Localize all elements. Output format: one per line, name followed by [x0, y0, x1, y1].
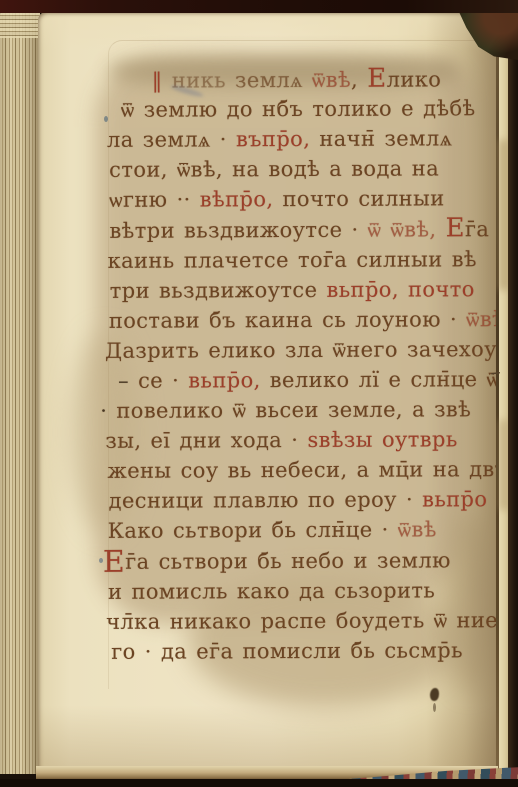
rubric-text: Е: [103, 544, 125, 579]
ink-text: Како сьтвори б̄ь слн̄це ·: [108, 518, 398, 543]
rubric-text: Е: [445, 214, 465, 244]
ink-text: стои, ѿвѣ, на водѣ а вода на: [109, 157, 439, 182]
ink-text: постави б̄ъ каина сь лоуною ·: [109, 307, 466, 333]
manuscript-line: · повелико ѿ вьсеи земле, а звѣ: [100, 394, 494, 426]
rubric-text: ѕвѣзы оутврь: [307, 427, 457, 452]
ink-text: Дазрить елико зла ѿнего зачехоу: [105, 337, 497, 363]
manuscript-line: и помисль како да сьзорить: [108, 575, 495, 607]
ink-text: начн̄ землѧ: [310, 127, 452, 152]
ink-text: г̄а: [465, 218, 489, 242]
margin-dash: –: [488, 355, 514, 388]
manuscript-line: постави б̄ъ каина сь лоуною · ѿвѣ: [109, 304, 494, 336]
rubric-text: вьпр̄о, почто: [326, 277, 474, 302]
manuscript-page: ‖ никь землѧ ѿвѣ, Еликоѿ землю до нб̄ъ т…: [38, 12, 498, 774]
manuscript-line: Дазрить елико зла ѿнего зачехоу: [105, 334, 494, 366]
ink-text: ла землѧ ·: [107, 127, 236, 152]
blue-speck: [104, 116, 108, 122]
manuscript-line: – се · вьпр̄о, велико лї е слн̄це ѿвѣ: [118, 364, 494, 396]
manuscript-line: Како сьтвори б̄ь слн̄це · ѿвѣ: [108, 515, 495, 547]
book-fore-edge-pages: [0, 12, 40, 774]
rubric-text: ѿвѣ: [398, 518, 437, 542]
manuscript-line: три вьздвижоутсе вьпр̄о, почто: [110, 274, 494, 306]
manuscript-line: ѡгню ·· вѣпр̄о, почто силныи: [109, 184, 493, 216]
manuscript-line: ‖ никь землѧ ѿвѣ, Елико: [152, 63, 493, 95]
ink-text: ѿ землю до нб̄ъ толико е дѣбѣ: [121, 96, 476, 122]
ink-text: почто силныи: [273, 187, 444, 212]
ink-text: зы, еі̄ дни хода ·: [105, 428, 307, 453]
ink-blot-tail: [433, 703, 436, 712]
manuscript-line: каинь плачетсе тог̄а силныи вѣ: [107, 244, 493, 276]
rubric-text: ‖: [152, 69, 163, 93]
ink-text: го · да ег̄а помисли б̄ь сьсмр̄ь: [111, 638, 463, 664]
manuscript-line: Ег̄а сьтвори б̄ь небо и землю: [103, 545, 495, 577]
ink-text: се ·: [129, 368, 188, 392]
ink-text: жены соу вь небеси, а мц̄и на двѣ: [107, 457, 498, 483]
ink-text: –: [118, 369, 129, 393]
rubric-text: ѿ ѿвѣ,: [368, 218, 446, 242]
ink-text: каинь плачетсе тог̄а силныи вѣ: [107, 247, 477, 273]
blue-speck: [99, 558, 103, 563]
ink-text: и помисль како да сьзорить: [108, 578, 435, 603]
binding-top-edge: [0, 0, 518, 13]
manuscript-line: го · да ег̄а помисли б̄ь сьсмр̄ь: [111, 635, 495, 667]
ink-text: ѡгню ··: [109, 188, 200, 212]
ink-text: велико лї е слн̄це: [261, 367, 487, 392]
manuscript-line: стои, ѿвѣ, на водѣ а вода на: [109, 153, 493, 185]
ink-text: землѧ: [235, 68, 312, 92]
rubric-text: вѣпр̄о,: [200, 187, 274, 211]
rubric-text: вьпр̄о: [422, 488, 487, 512]
manuscript-line: жены соу вь небеси, а мц̄и на двѣ: [107, 454, 494, 486]
ink-text: чл̄ка никако распе боудеть ѿ ние: [106, 608, 498, 634]
ink-text: ,: [351, 68, 367, 92]
ink-text: лико: [387, 67, 442, 91]
ink-text: повелико ѿ вьсеи земле, а звѣ: [116, 397, 471, 423]
ink-text: ·: [100, 399, 116, 423]
rubric-text: вьпр̄о,: [188, 368, 261, 392]
rubric-text: въпр̄о,: [236, 127, 310, 151]
page-stack-top-edges: [0, 12, 40, 38]
manuscript-line: зы, еі̄ дни хода · ѕвѣзы оутврь: [105, 424, 494, 456]
ink-text: вѣтри вьздвижоутсе ·: [109, 218, 367, 243]
ink-text: [163, 69, 172, 93]
text-block: ‖ никь землѧ ѿвѣ, Еликоѿ землю до нб̄ъ т…: [107, 63, 496, 667]
manuscript-line: десници плавлю по ероу · вьпр̄о: [109, 484, 495, 516]
manuscript-line: вѣтри вьздвижоутсе · ѿ ѿвѣ, Ег̄а: [109, 214, 493, 246]
ink-text: десници плавлю по ероу ·: [109, 488, 423, 513]
manuscript-line: чл̄ка никако распе боудеть ѿ ние: [106, 605, 495, 637]
manuscript-photo: ‖ никь землѧ ѿвѣ, Еликоѿ землю до нб̄ъ т…: [0, 0, 518, 787]
rubric-text: Е: [367, 64, 387, 94]
binding-right-edge: [508, 0, 518, 787]
rubric-text: ѿвѣ: [312, 68, 351, 92]
manuscript-line: ѿ землю до нб̄ъ толико е дѣбѣ: [121, 93, 493, 125]
ink-text: г̄а сьтвори б̄ь небо и землю: [125, 548, 451, 573]
manuscript-line: ла землѧ · въпр̄о, начн̄ землѧ: [107, 123, 493, 155]
rubric-text: ѿвѣ: [466, 307, 498, 331]
table-background-bottom: [0, 779, 518, 787]
ink-text: три вьздвижоутсе: [110, 278, 327, 303]
